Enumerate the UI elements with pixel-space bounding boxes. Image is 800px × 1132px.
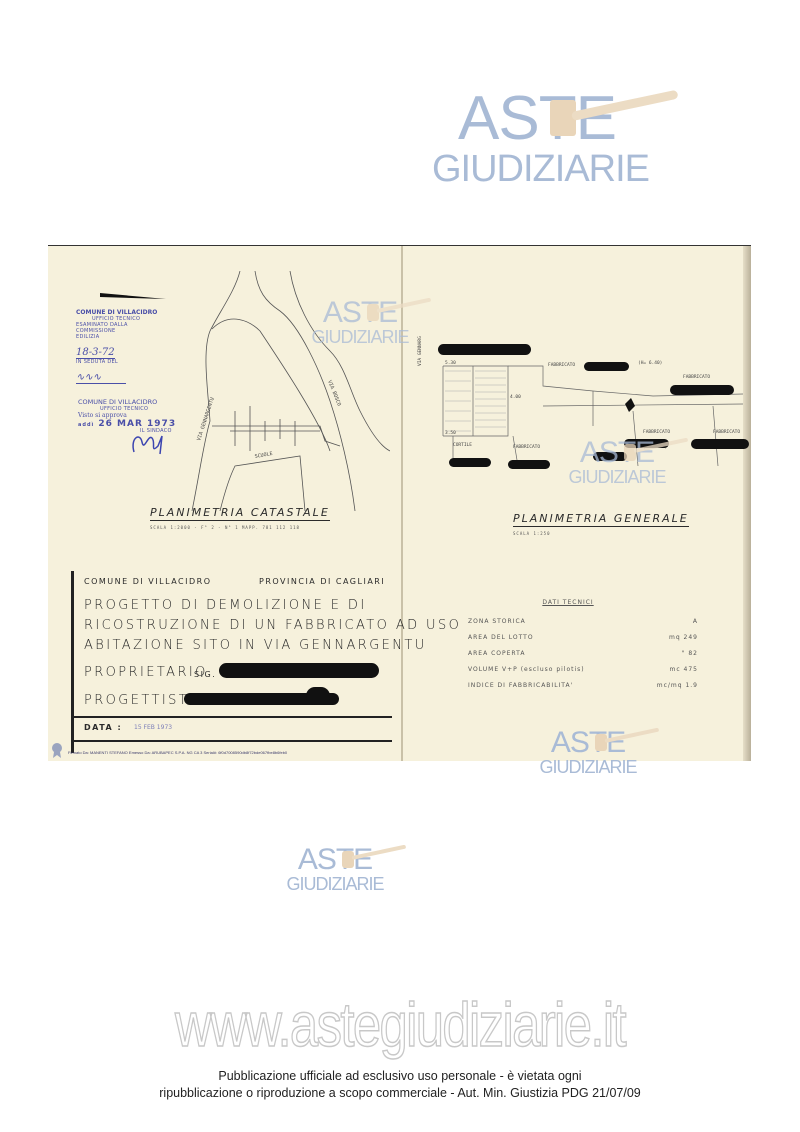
svg-text:FABBRICATO: FABBRICATO [683, 374, 710, 380]
project-line-1: PROGETTO DI DEMOLIZIONE E DI [84, 598, 367, 613]
owner-label: PROPRIETARIO [84, 665, 208, 680]
svg-text:FABBRICATO: FABBRICATO [643, 429, 670, 435]
signature-scribble: ∿∿∿ [76, 372, 126, 384]
redaction [438, 344, 531, 355]
table-row: VOLUME V+P (escluso pilotis)mc 475 [468, 666, 698, 682]
general-plan-title-block: PLANIMETRIA GENERALE SCALA 1:250 [513, 512, 689, 536]
svg-text:VIA BOSCO: VIA BOSCO [326, 380, 342, 407]
svg-text:3.50: 3.50 [445, 430, 456, 436]
technical-data-title: DATI TECNICI [438, 599, 698, 606]
disclaimer-line-1: Pubblicazione ufficiale ad esclusivo uso… [0, 1068, 800, 1085]
north-arrow-icon [100, 291, 166, 303]
svg-text:CORTILE: CORTILE [458, 336, 477, 338]
table-row: ZONA STORICAA [468, 618, 698, 634]
logo-text-aste: ASTE [432, 88, 642, 150]
designer-label: PROGETTISTA [84, 693, 199, 708]
cadastral-plan-title-block: PLANIMETRIA CATASTALE SCALA 1:2000 - F° … [150, 506, 330, 530]
aste-giudiziarie-logo-top: ASTE GIUDIZIARIE [432, 88, 642, 188]
date-stamp: 15 FEB 1973 [134, 724, 172, 731]
svg-text:FABBRICATO: FABBRICATO [548, 362, 575, 368]
svg-text:(H= 6.40): (H= 6.40) [638, 360, 662, 366]
svg-text:FABBRICATO: FABBRICATO [513, 444, 540, 450]
owner-prefix: SIG. [194, 670, 216, 679]
aste-giudiziarie-logo-overlay: ASTE GIUDIZIARIE [533, 728, 643, 776]
svg-text:VIA GENNARGENTU: VIA GENNARGENTU [417, 336, 423, 366]
divider [74, 716, 392, 718]
table-row: AREA DEL LOTTOmq 249 [468, 634, 698, 650]
svg-text:SCUOLE: SCUOLE [254, 451, 273, 460]
cadastral-plan-title: PLANIMETRIA CATASTALE [150, 506, 330, 521]
cadastral-plan-scale: SCALA 1:2000 - F° 2 - N° 1 mapp. 781 112… [150, 525, 330, 530]
svg-text:FABBRICATO: FABBRICATO [713, 429, 740, 435]
general-plan-title: PLANIMETRIA GENERALE [513, 512, 689, 527]
stamp-date: 18-3-72 [76, 347, 115, 359]
redaction [691, 439, 749, 449]
approval-stamp: COMUNE DI VILLACIDRO UFFICIO TECNICO Vis… [78, 398, 188, 429]
owner-name-redacted [219, 663, 379, 678]
technical-data-table: DATI TECNICI ZONA STORICAA AREA DEL LOTT… [468, 599, 698, 698]
aste-giudiziarie-logo-overlay: ASTE GIUDIZIARIE [305, 298, 415, 346]
redaction [670, 385, 734, 395]
svg-text:CORTILE: CORTILE [453, 442, 472, 448]
divider [74, 740, 392, 742]
mark-icon [625, 398, 635, 412]
disclaimer-line-2: ripubblicazione o riproduzione a scopo c… [0, 1085, 800, 1102]
digital-seal-icon [50, 742, 64, 758]
disclaimer: Pubblicazione ufficiale ad esclusivo uso… [0, 1068, 800, 1102]
redaction-blob [306, 687, 330, 705]
general-plan-scale: SCALA 1:250 [513, 531, 689, 536]
redaction [584, 362, 629, 371]
provincia-label: PROVINCIA DI CAGLIARI [259, 577, 385, 586]
project-line-3: ABITAZIONE SITO IN VIA GENNARGENTU [84, 638, 427, 653]
page-edge [743, 246, 751, 761]
table-row: INDICE DI FABBRICABILITA'mc/mq 1.9 [468, 682, 698, 698]
aste-giudiziarie-logo-mid: ASTE GIUDIZIARIE [280, 845, 390, 893]
logo-text-giudiziarie: GIUDIZIARIE [432, 150, 642, 188]
date-label: DATA : [84, 723, 122, 732]
commission-stamp: COMUNE DI VILLACIDRO UFFICIO TECNICO Esa… [76, 309, 166, 384]
project-line-2: RICOSTRUZIONE DI UN FABBRICATO AD USO [84, 618, 461, 633]
digital-signature-text: Firmato Da: MANENTI STEFANO Emesso Da: A… [68, 750, 398, 755]
website-watermark: www.astegiudiziarie.it [72, 990, 728, 1061]
aste-giudiziarie-logo-overlay: ASTE GIUDIZIARIE [562, 438, 672, 486]
table-row: AREA COPERTA" 82 [468, 650, 698, 666]
mayor-signature [128, 428, 168, 458]
comune-label: COMUNE DI VILLACIDRO [84, 577, 212, 586]
redaction [508, 460, 550, 469]
svg-text:4.00: 4.00 [510, 394, 521, 400]
redaction [449, 458, 491, 467]
svg-text:5.30: 5.30 [445, 360, 456, 366]
title-block: COMUNE DI VILLACIDRO PROVINCIA DI CAGLIA… [71, 571, 404, 753]
svg-text:VIA GENNARGENTU: VIA GENNARGENTU [196, 397, 216, 442]
